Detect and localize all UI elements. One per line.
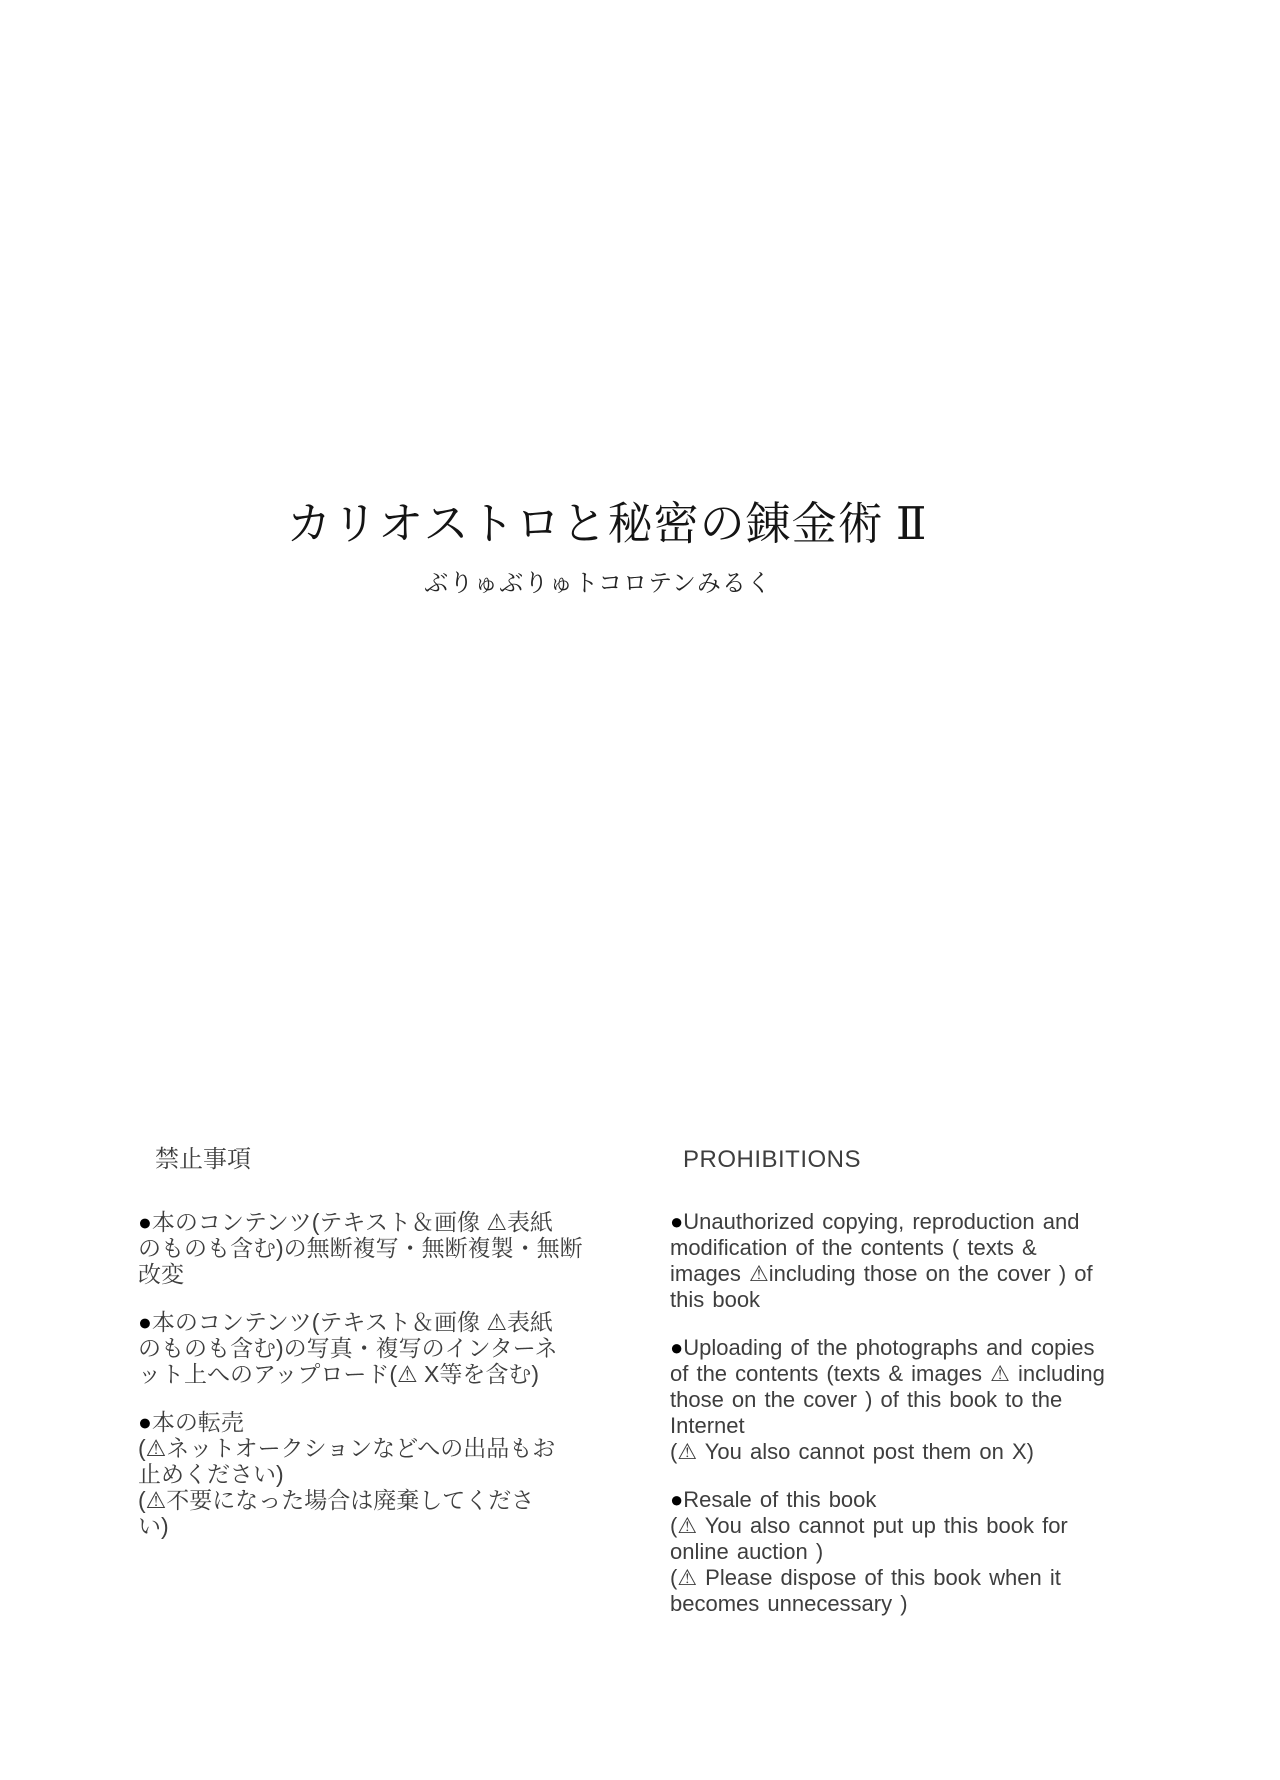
prohibitions-section-english: PROHIBITIONS ●Unauthorized copying, repr… bbox=[670, 1147, 1135, 1639]
colophon-page: カリオストロと秘密の錬金術 Ⅱ ぶりゅぶりゅトコロテンみるく 禁止事項 ●本のコ… bbox=[0, 0, 1280, 1780]
prohibition-item-ja-copying: ●本のコンテンツ(テキスト＆画像 ⚠表紙 のものも含む)の無断複写・無断複製・無… bbox=[138, 1209, 603, 1287]
prohibition-item-en-copying: ●Unauthorized copying, reproduction and … bbox=[670, 1209, 1135, 1313]
prohibitions-section-japanese: 禁止事項 ●本のコンテンツ(テキスト＆画像 ⚠表紙 のものも含む)の無断複写・無… bbox=[138, 1147, 603, 1561]
prohibitions-header-japanese: 禁止事項 bbox=[138, 1147, 603, 1173]
prohibition-item-en-uploading: ●Uploading of the photographs and copies… bbox=[670, 1335, 1135, 1465]
book-author: ぶりゅぶりゅトコロテンみるく bbox=[0, 569, 1196, 599]
prohibition-item-ja-resale: ●本の転売 (⚠ネットオークションなどへの出品もお 止めください) (⚠不要にな… bbox=[138, 1409, 603, 1539]
prohibitions-header-english: PROHIBITIONS bbox=[670, 1147, 1135, 1173]
book-title: カリオストロと秘密の錬金術 Ⅱ bbox=[0, 498, 1214, 550]
prohibition-item-ja-uploading: ●本のコンテンツ(テキスト＆画像 ⚠表紙 のものも含む)の写真・複写のインターネ… bbox=[138, 1309, 603, 1387]
prohibition-item-en-resale: ●Resale of this book (⚠ You also cannot … bbox=[670, 1487, 1135, 1617]
